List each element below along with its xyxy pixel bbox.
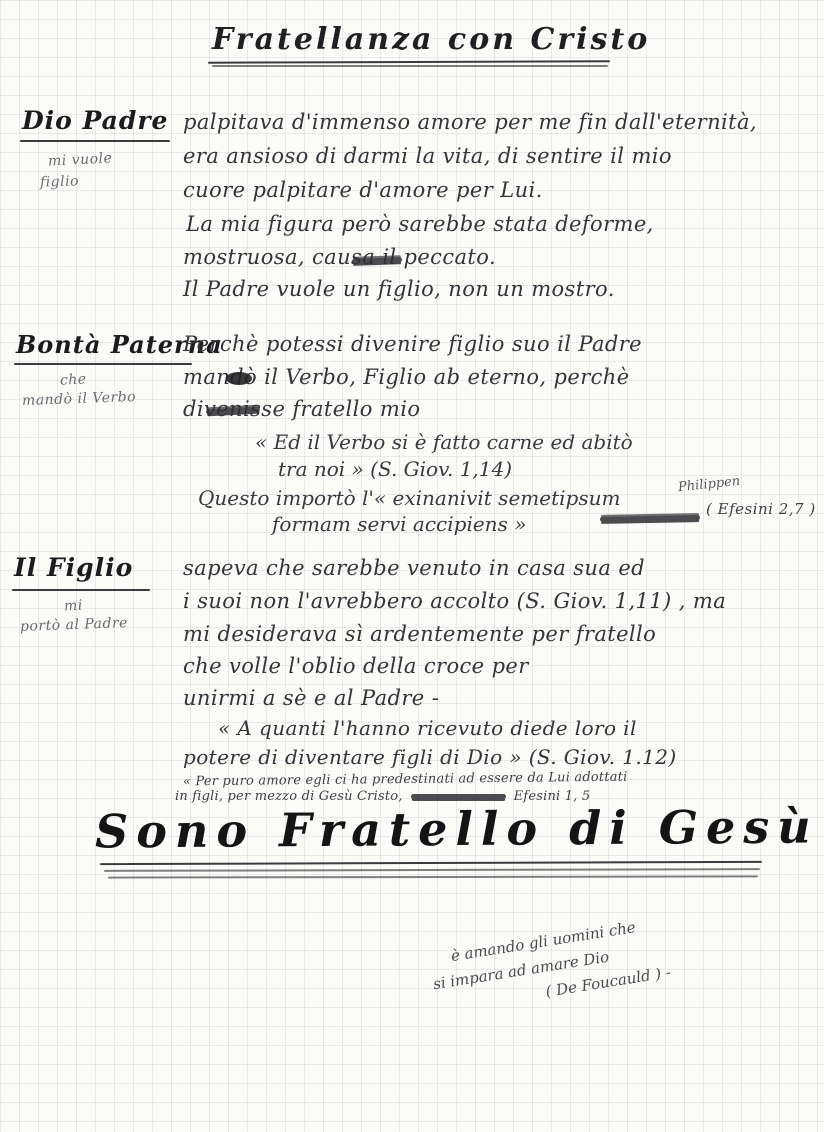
- body-line: i suoi non l'avrebbero accolto (S. Giov.…: [183, 589, 726, 613]
- reference-superscript: Philippen: [677, 474, 741, 495]
- title-underline: [208, 60, 610, 63]
- comment-line: formam servi accipiens »: [272, 512, 526, 536]
- body-line: La mia figura però sarebbe stata deforme…: [186, 212, 654, 236]
- quote-line: potere di diventare figli di Dio » (S. G…: [183, 745, 677, 769]
- reference-citation: ( Efesini 2,7 ): [706, 500, 816, 518]
- margin-note: che: [60, 371, 87, 388]
- body-line: era ansioso di darmi la vita, di sentire…: [183, 144, 672, 168]
- scribble-strikeout: [411, 794, 506, 799]
- quote-line: tra noi » (S. Giov. 1,14): [278, 457, 512, 481]
- scribble-strikeout: [600, 515, 700, 522]
- title-underline-echo: [212, 65, 608, 67]
- margin-note: portò al Padre: [20, 615, 128, 635]
- body-line: mi desiderava sì ardentemente per fratel…: [183, 622, 656, 646]
- heading-underline: [12, 589, 150, 591]
- margin-note: figlio: [40, 173, 80, 190]
- section-heading-dio-padre: Dio Padre: [22, 106, 168, 135]
- small-citation-line: « Per puro amore egli ci ha predestinati…: [183, 770, 628, 790]
- margin-note: mi: [64, 598, 84, 615]
- closing-statement: Sono Fratello di Gesù: [95, 799, 819, 858]
- body-line: sapeva che sarebbe venuto in casa sua ed: [183, 556, 645, 580]
- body-line: palpitava d'immenso amore per me fin dal…: [183, 110, 757, 134]
- comment-line: Questo importò l'« exinanivit semetipsum: [198, 486, 620, 510]
- body-line: mostruosa, causa il peccato.: [183, 245, 496, 269]
- body-line: che volle l'oblio della croce per: [183, 654, 529, 678]
- document-page: Fratellanza con Cristo Dio Padre mi vuol…: [0, 0, 824, 1132]
- body-line: Perchè potessi divenire figlio suo il Pa…: [183, 332, 642, 356]
- statement-underline: [100, 861, 762, 865]
- body-line: cuore palpitare d'amore per Lui.: [183, 178, 543, 202]
- scribble-blot: [226, 372, 252, 385]
- section-heading-il-figlio: Il Figlio: [14, 553, 133, 582]
- margin-note: mandò il Verbo: [22, 389, 137, 409]
- body-line: unirmi a sè e al Padre -: [183, 686, 439, 710]
- page-title: Fratellanza con Cristo: [212, 22, 650, 57]
- heading-underline: [20, 140, 170, 142]
- quote-line: « A quanti l'hanno ricevuto diede loro i…: [218, 716, 637, 740]
- statement-underline: [108, 875, 758, 878]
- statement-underline: [104, 868, 760, 871]
- quote-line: « Ed il Verbo si è fatto carne ed abitò: [255, 430, 633, 454]
- body-line: Il Padre vuole un figlio, non un mostro.: [183, 277, 615, 301]
- margin-note: mi vuole: [48, 150, 113, 169]
- heading-underline: [14, 363, 192, 365]
